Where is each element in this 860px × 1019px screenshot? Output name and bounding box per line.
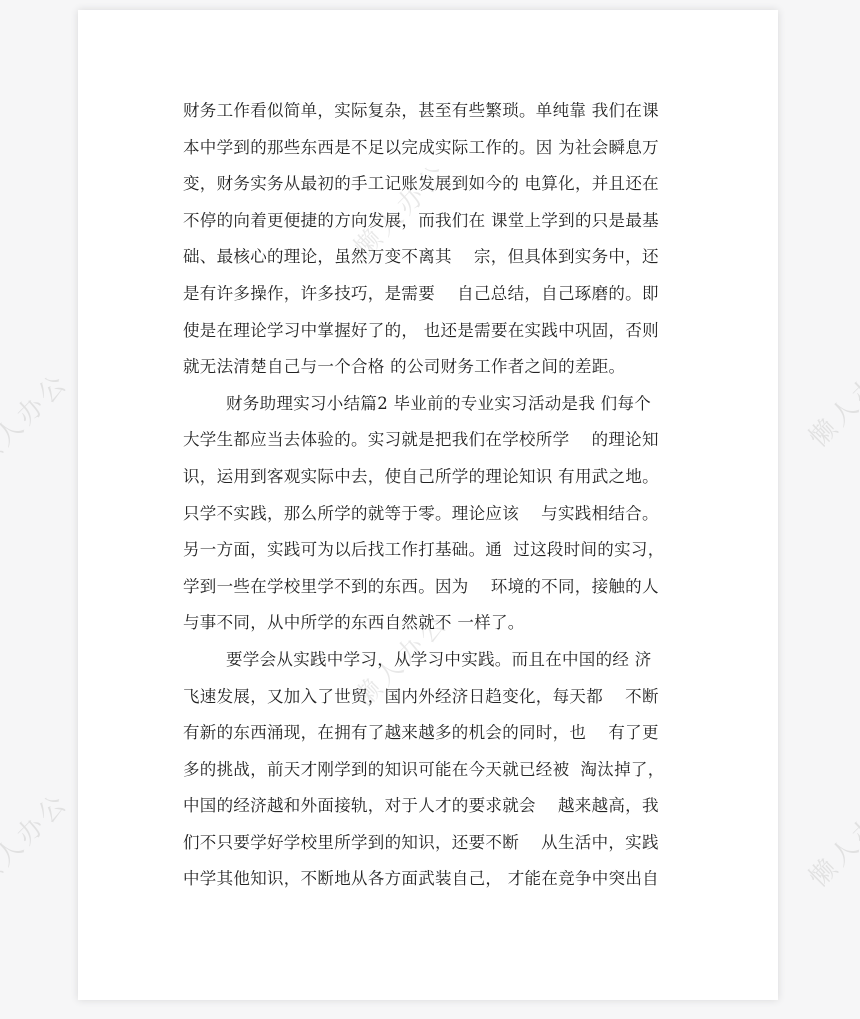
text-line: 另一方面，实践可为以后找工作打基础。通 过这段时间的实习， [183,537,679,574]
watermark: 懒人办公 [799,783,860,894]
watermark: 懒人办公 [0,783,76,894]
text-line: 本中学到的那些东西是不足以完成实际工作的。因 为社会瞬息万 [183,135,679,172]
text-line: 要学会从实践中学习，从学习中实践。而且在中国的经 济 [183,647,679,684]
text-line: 是有许多操作，许多技巧，是需要 自己总结，自己琢磨的。即 [183,281,679,318]
text-line: 大学生都应当去体验的。实习就是把我们在学校所学 的理论知 [183,427,679,464]
text-line: 与事不同，从中所学的东西自然就不 一样了。 [183,610,679,647]
text-line: 识，运用到客观实际中去，使自己所学的理论知识 有用武之地。 [183,464,679,501]
text-line: 多的挑战，前天才刚学到的知识可能在今天就已经被 淘汰掉了， [183,757,679,794]
watermark: 懒人办公 [799,343,860,454]
text-line: 础、最核心的理论，虽然万变不离其 宗，但具体到实务中，还 [183,244,679,281]
text-line: 只学不实践，那么所学的就等于零。理论应该 与实践相结合。 [183,501,679,538]
text-line: 中学其他知识，不断地从各方面武装自己， 才能在竞争中突出自 [183,866,679,903]
text-line: 变，财务实务从最初的手工记账发展到如今的 电算化，并且还在 [183,171,679,208]
text-line: 使是在理论学习中掌握好了的， 也还是需要在实践中巩固，否则 [183,318,679,355]
text-line: 财务工作看似简单，实际复杂，甚至有些繁琐。单纯靠 我们在课 [183,98,679,135]
text-line: 不停的向着更便捷的方向发展，而我们在 课堂上学到的只是最基 [183,208,679,245]
text-line: 有新的东西涌现，在拥有了越来越多的机会的同时，也 有了更 [183,720,679,757]
text-line: 就无法清楚自己与一个合格 的公司财务工作者之间的差距。 [183,354,679,391]
text-line: 中国的经济越和外面接轨，对于人才的要求就会 越来越高，我 [183,793,679,830]
document-body: 财务工作看似简单，实际复杂，甚至有些繁琐。单纯靠 我们在课本中学到的那些东西是不… [183,98,679,903]
text-line: 财务助理实习小结篇2 毕业前的专业实习活动是我 们每个 [183,391,679,428]
watermark: 懒人办公 [0,363,76,474]
text-line: 学到一些在学校里学不到的东西。因为 环境的不同，接触的人 [183,574,679,611]
text-line: 飞速发展，又加入了世贸，国内外经济日趋变化，每天都 不断 [183,684,679,721]
text-line: 们不只要学好学校里所学到的知识，还要不断 从生活中，实践 [183,830,679,867]
